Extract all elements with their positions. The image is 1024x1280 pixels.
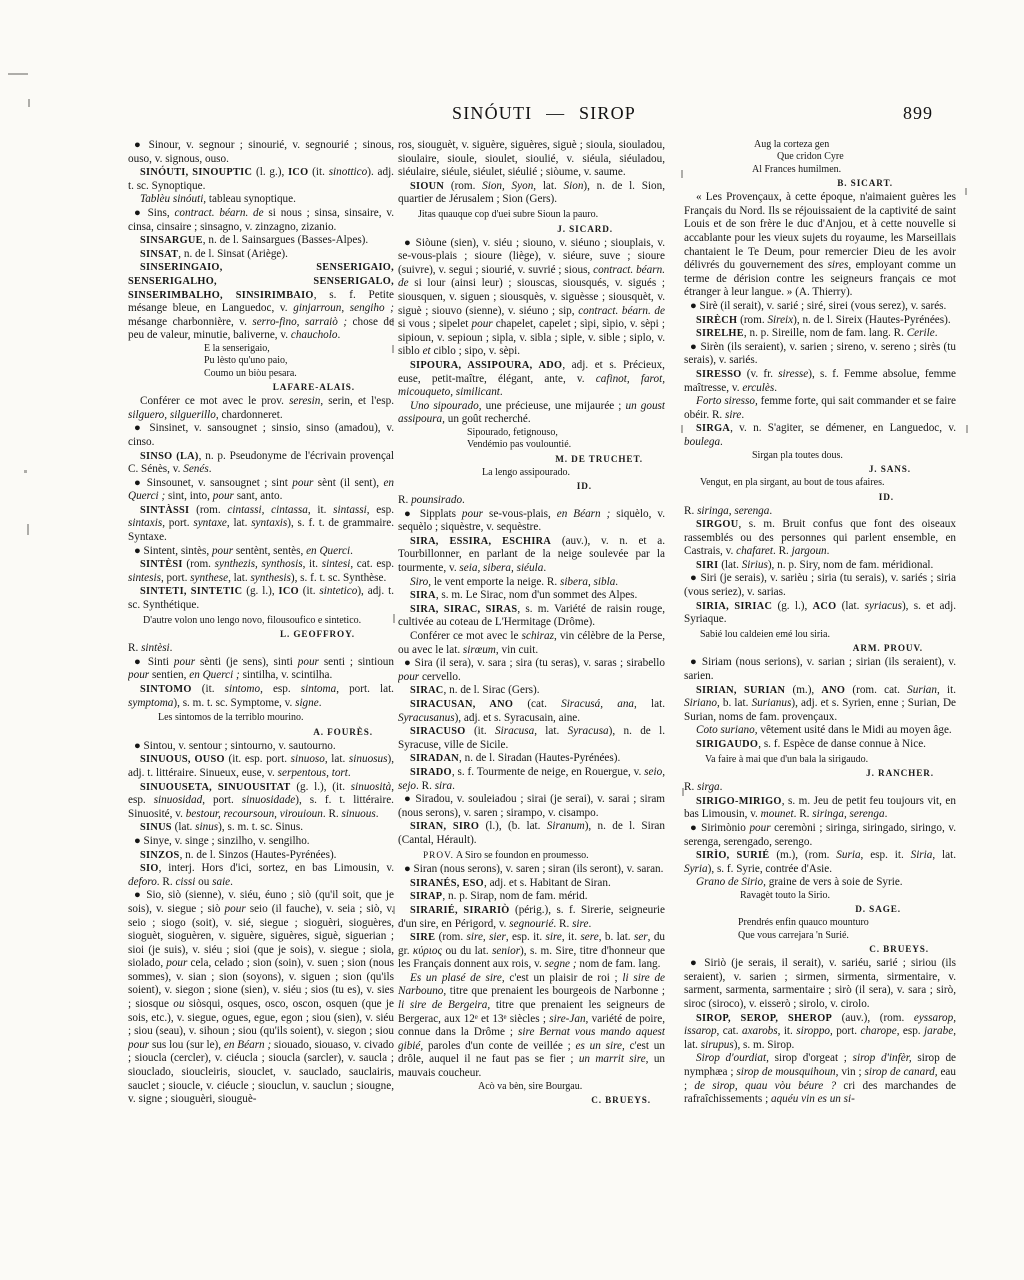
text-run: ), n. de l. Sireix (Hautes-Pyrénées). [793, 314, 951, 326]
dictionary-entry: SIRIA, SIRIAC (g. l.), ACO (lat. syriacu… [684, 600, 956, 627]
text-run: une précieuse, une mijaurée ; [482, 400, 626, 412]
text-run: paroles d'un conte de veillée ; [423, 1040, 575, 1052]
text-run: tableau synoptique. [206, 193, 296, 205]
text-run: pour [225, 903, 246, 915]
text-run: SINTOMO [140, 684, 192, 695]
text-run: SIROP, SEROP, SHEROP [696, 1013, 832, 1024]
scan-artifact-dash [8, 73, 28, 75]
text-run: (m.), [785, 684, 821, 696]
text-run: charope [860, 1025, 896, 1037]
text-run: (rom. [189, 504, 227, 516]
text-run: synthezis, synthosis [215, 558, 303, 570]
text-run: . R. [416, 780, 435, 792]
dictionary-entry: SIRARIÉ, SIRARIÒ (périg.), s. f. Sirerie… [398, 904, 665, 931]
dictionary-entry: SINSO (LA), n. p. Pseudonyme de l'écriva… [128, 450, 394, 477]
text-run: sentien, [149, 669, 189, 681]
text-run: mounet [761, 808, 794, 820]
quote-line: Va faire à mai que d'un bala la sirigaud… [684, 754, 956, 767]
cross-reference-paragraph: ● Siran (nous serons), v. saren ; siran … [398, 863, 665, 877]
dictionary-entry: SINUS (lat. sinus), s. m. t. sc. Sinus. [128, 821, 394, 835]
text-run: ● Sirèn (ils seraient), v. sarien ; sire… [684, 341, 956, 367]
text-run: , n. de l. Sainsargues (Basses-Alpes). [203, 234, 368, 246]
text-run: sènt (il sent), [313, 477, 383, 489]
text-run: sibera, sibla [560, 576, 615, 588]
text-run: sinuosidad [154, 794, 203, 806]
text-run: Senés [183, 463, 208, 475]
text-run: erculès [742, 382, 774, 394]
text-run: signe [295, 697, 319, 709]
column-3: Aug la corteza genQue cridon CyreAl Fran… [684, 139, 956, 1251]
text-run: Sireix [767, 314, 793, 326]
text-run: , port. [161, 572, 190, 584]
text-run: , n. de l. Sinzos (Hautes-Pyrénées). [180, 849, 337, 861]
text-run: ● Sintou, v. sentour ; sintourno, v. sau… [134, 740, 336, 752]
text-run: Sabié lou caldeien emé lou siria. [700, 629, 830, 640]
text-run: pour [298, 656, 319, 668]
text-run: . [319, 697, 322, 709]
text-run: . [741, 409, 744, 421]
text-run: sentènt, sentès, [233, 545, 306, 557]
text-run: pour [462, 508, 483, 520]
text-run: . [588, 918, 591, 930]
text-run: SIRACUSAN, ANO [410, 699, 513, 710]
text-run: , b. lat. [599, 931, 634, 943]
text-run: SIRI [696, 560, 718, 571]
text-run: , cat. esp. [350, 558, 394, 570]
text-run: Sirop d'ourdiat, [696, 1052, 769, 1064]
text-run: , esp. it. [506, 931, 546, 943]
dictionary-entry: SIO, interj. Hors d'ici, sortez, en bas … [128, 862, 394, 889]
text-run: SIRÌO, SURIÉ [696, 850, 769, 861]
text-run: , cat. [717, 1025, 742, 1037]
commentary-paragraph: Sirop d'ourdiat, sirop d'orgeat ; sirop … [684, 1052, 956, 1106]
text-run: (g. l.), (it. [291, 781, 351, 793]
text-run: un goût recherché. [445, 413, 531, 425]
dictionary-entry: SIPOURA, ASSIPOURA, ADO, adj. et s. Préc… [398, 359, 665, 400]
scan-artifact-tick [966, 425, 968, 433]
text-run: , esp. [367, 504, 394, 516]
text-run: pour [166, 957, 187, 969]
text-run: symptoma [128, 697, 173, 709]
text-run: senior [492, 945, 520, 957]
text-run: ● Sintent, sintès, [134, 545, 212, 557]
text-run: ● Siriò (je serais, il serait), v. sarié… [684, 957, 956, 1010]
text-run: chaucholo [291, 329, 338, 341]
commentary-paragraph: R. pounsirado. [398, 494, 665, 508]
text-run: SIRARIÉ, SIRARIÒ [410, 905, 510, 916]
text-run: (rom. cat. [845, 684, 907, 696]
text-run: ros, siouguèt, v. siguère, siguères, sig… [398, 139, 665, 178]
text-run: ), s. m. t. sc. Sinus. [218, 821, 303, 833]
verse-line: Acò va bèn, sire Bourgau. [398, 1081, 665, 1093]
text-run: Sirius [742, 559, 768, 571]
text-run: seresin [289, 395, 320, 407]
text-run: , s. m. Le Sirac, nom d'un sommet des Al… [436, 589, 638, 601]
text-run: sintaxis [128, 517, 162, 529]
text-run: sintomo [225, 683, 260, 695]
text-run: en Querci ; [189, 669, 240, 681]
text-run: , it. [303, 558, 322, 570]
text-run: (it. [466, 725, 495, 737]
text-run: contract. béarn. de [174, 207, 263, 219]
text-run: Conférer ce mot avec le [410, 630, 522, 642]
text-run: ● Sins, [134, 207, 174, 219]
text-run: R. [398, 494, 411, 506]
text-run: SIO [140, 863, 159, 874]
commentary-paragraph: « Les Provençaux, à cette époque, n'aima… [684, 191, 956, 300]
quote-line: Vengut, en pla sirgant, au bout de tous … [684, 477, 956, 490]
text-run: . [350, 545, 353, 557]
dictionary-entry: SIRIGAUDO, s. f. Espèce de danse connue … [684, 738, 956, 752]
text-run: . [543, 562, 546, 574]
attribution: J. SANS. [684, 463, 956, 475]
text-run: sirupus [701, 1039, 734, 1051]
text-run: vin ; [838, 1066, 864, 1078]
text-run: Va faire à mai que d'un bala la sirigaud… [705, 754, 868, 765]
verse-line: Que vous carrejara 'n Surié. [684, 930, 956, 942]
text-run: (it. [192, 683, 225, 695]
text-run: SIRANÉS, ESO [410, 878, 484, 889]
cross-reference-paragraph: ● Sipplats pour se-vous-plais, en Béarn … [398, 508, 665, 535]
text-run: seia, sibera, siéula [459, 562, 543, 574]
text-run: sènti (je sens), sinti [195, 656, 298, 668]
text-run: en Querci [306, 545, 350, 557]
text-run: (auv.), (rom. [832, 1012, 914, 1024]
scan-artifact-tick [27, 524, 29, 535]
text-run: Siria [911, 849, 933, 861]
text-run: jarabe [924, 1025, 953, 1037]
scan-artifact-tick [965, 188, 967, 195]
scan-artifact-tick [28, 99, 30, 107]
cross-reference-paragraph: ● Sirèn (ils seraient), v. sarien ; sire… [684, 341, 956, 368]
text-run: Es un plasé de sire, [410, 972, 505, 984]
text-run: sire-Jan, [549, 1013, 588, 1025]
text-run: ICO [288, 167, 308, 178]
text-run: pour [128, 669, 149, 681]
text-run: SINUOUS, OUSO [140, 754, 225, 765]
text-run: pour [398, 671, 419, 683]
text-run: sinus [195, 821, 218, 833]
text-run: SINÓUTI, SINOUPTIC [140, 167, 252, 178]
dictionary-entry: SIRESSO (v. fr. siresse), s. f. Femme ab… [684, 368, 956, 395]
text-run: , lat. [228, 572, 250, 584]
text-run: Grano de Sirio, [696, 876, 766, 888]
text-run: PROV. [423, 851, 454, 861]
attribution: L. GEOFFROY. [128, 628, 394, 640]
text-run: cervello. [419, 671, 461, 683]
text-run: ou [195, 876, 212, 888]
text-run: ou du lat. [442, 945, 492, 957]
cross-reference-paragraph: ● Sins, contract. béarn. de si nous ; si… [128, 207, 394, 234]
text-run: sinuosità [351, 781, 391, 793]
text-run: . [170, 642, 173, 654]
text-run: , chardonneret. [216, 409, 283, 421]
text-run: ), adj. et s. Syracusain, aine. [455, 712, 581, 724]
text-run: SINTÀSSI [140, 505, 189, 516]
text-run: R. [684, 505, 697, 517]
text-run: , s. f. Tourmente de neige, en Rouergue,… [452, 766, 644, 778]
commentary-paragraph: Siro, le vent emporte la neige. R. siber… [398, 576, 665, 590]
text-run: titre que prenaient les bourgeois de Nar… [446, 985, 665, 997]
text-run: . [769, 505, 772, 517]
column-2: ros, siouguèt, v. siguère, siguères, sig… [398, 139, 665, 1251]
text-run: sira [435, 780, 452, 792]
text-run: , vin cuit. [496, 644, 538, 656]
text-run: sintoma [301, 683, 336, 695]
verse-line: Aug la corteza gen [684, 139, 956, 151]
text-run: Forto siresso, [696, 395, 758, 407]
text-run: , esp. [260, 683, 301, 695]
text-run: Tablèu sinóuti, [140, 193, 206, 205]
text-run: SIRA [410, 590, 436, 601]
text-run: (lat. [836, 600, 864, 612]
text-run: SIRE [410, 932, 435, 943]
text-run: ), s. m. t. sc. Symptome, v. [173, 697, 295, 709]
text-run: SIRGA [696, 423, 730, 434]
dictionary-entry: SIRÈCH (rom. Sireix), n. de l. Sireix (H… [684, 314, 956, 328]
text-run: (it. [299, 585, 320, 597]
text-run: SINUS [140, 822, 172, 833]
text-run: . [452, 780, 455, 792]
verse-line: La lengo assipourado. [398, 467, 665, 479]
scan-artifact-tick [682, 788, 684, 796]
text-run: ser [634, 931, 648, 943]
dictionary-entry: SINZOS, n. de l. Sinzos (Hautes-Pyrénées… [128, 849, 394, 863]
dictionary-entry: SIRAP, n. p. Sirap, nom de fam. mérid. [398, 890, 665, 904]
text-run: siroppo [796, 1025, 830, 1037]
dictionary-entry: SINSARGUE, n. de l. Sainsargues (Basses-… [128, 234, 394, 248]
text-run: . [348, 767, 351, 779]
cross-reference-paragraph: ● Sintou, v. sentour ; sintourno, v. sau… [128, 740, 394, 754]
text-run: ● Sinye, v. singe ; sinzilho, v. sengilh… [134, 835, 310, 847]
text-run: boulega [684, 436, 720, 448]
text-run: SIRÈCH [696, 315, 737, 326]
text-run: . R. [794, 808, 813, 820]
text-run: , serin, et l'esp. [320, 395, 394, 407]
text-run: (rom. [737, 314, 767, 326]
text-run: ● Sinti [134, 656, 174, 668]
text-run: (lat. [172, 821, 195, 833]
text-run: SINZOS [140, 850, 180, 861]
cross-reference-paragraph: ● Sirimònio pour ceremòni ; siringa, sir… [684, 822, 956, 849]
dictionary-entry: SIRGA, v. n. S'agiter, se démener, en La… [684, 422, 956, 449]
text-run: sere [580, 931, 598, 943]
text-run: (it. esp. port. [225, 753, 291, 765]
text-run: ● Sira (il sera), v. sara ; sira (tu ser… [404, 657, 665, 669]
text-run: ● Sirè (il serait), v. sarié ; siré, sir… [690, 300, 946, 312]
text-run: Syracusa [568, 725, 609, 737]
text-run: , esp. it. [861, 849, 911, 861]
text-run: (rom. [435, 931, 466, 943]
dictionary-entry: SIRACUSO (it. Siracusa, lat. Syracusa), … [398, 725, 665, 752]
attribution: ID. [398, 480, 665, 492]
commentary-paragraph: ros, siouguèt, v. siguère, siguères, sig… [398, 139, 665, 180]
text-run: et [423, 345, 431, 357]
text-run: . [720, 436, 723, 448]
text-run: siresse [778, 368, 808, 380]
scan-artifact-tick [393, 906, 395, 914]
text-run: silguero, silguerillo [128, 409, 216, 421]
dictionary-entry: SIRADO, s. f. Tourmente de neige, en Rou… [398, 766, 665, 793]
text-run: SIRADO [410, 767, 452, 778]
text-run: Surianus [752, 697, 792, 709]
text-run: ICO [279, 586, 299, 597]
text-run: sinuoso [291, 753, 325, 765]
text-run: , it. [308, 504, 333, 516]
text-run: sinottico [329, 166, 368, 178]
verse-line: Ravagèt touto la Sirio. [684, 890, 956, 902]
scan-artifact-tick [393, 614, 395, 623]
text-run: , n. p. Sireille, nom de fam. lang. R. [744, 327, 907, 339]
text-run: , esp. [897, 1025, 924, 1037]
text-run: , s. f. Espèce de danse connue à Nice. [758, 738, 926, 750]
text-run: Uno sipourado, [410, 400, 482, 412]
text-run: sirop de canard, [865, 1066, 938, 1078]
attribution: A. FOURÈS. [128, 726, 394, 738]
text-run: jargoun [792, 545, 827, 557]
commentary-paragraph: R. sirga. [684, 781, 956, 795]
text-run: , lat. [932, 849, 956, 861]
text-run: ● Sinour, v. segnour ; sinourié, v. segn… [128, 139, 394, 165]
text-run: sinuosidade [242, 794, 295, 806]
text-run: sire [572, 918, 588, 930]
verse-line: E la senserigaio, [128, 343, 394, 355]
text-run: synthese [190, 572, 228, 584]
text-run: (m.), (rom. [769, 849, 836, 861]
text-run: syntaxe [193, 517, 227, 529]
text-run: sirop de mousquihoun, [736, 1066, 838, 1078]
page-number: 899 [903, 103, 933, 124]
text-run: , n. de l. Sirac (Gers). [444, 684, 540, 696]
text-run: . R. [773, 545, 792, 557]
page-title: SINÓUTI — SIROP [128, 103, 960, 124]
text-run: ● Siriam (nous serions), v. sarian ; sir… [684, 656, 956, 682]
text-run: Siracusá, ana [561, 698, 634, 710]
text-run: sirop d'orgeat ; [769, 1052, 853, 1064]
text-run: SIRADAN [410, 753, 459, 764]
text-run: pour [472, 318, 493, 330]
text-run: si vous ; sipelet [398, 318, 472, 330]
text-run: κύριος [413, 945, 442, 957]
text-run: sintèsi [141, 642, 170, 654]
text-run: sinuous [342, 808, 376, 820]
text-run: Sion [564, 180, 584, 192]
attribution: D. SAGE. [684, 903, 956, 915]
text-run: SIRESSO [696, 369, 742, 380]
text-run: SIRIA, SIRIAC [696, 601, 772, 612]
text-run: schiraz [522, 630, 554, 642]
scan-artifact-dot [24, 470, 27, 473]
text-run: bestour, recoursoun, virouioun [186, 808, 323, 820]
text-run: sirop d'infèr, [853, 1052, 912, 1064]
text-run: (rom. [444, 180, 482, 192]
text-run: ACO [813, 601, 837, 612]
dictionary-entry: SINUOUS, OUSO (it. esp. port. sinuoso, l… [128, 753, 394, 780]
cross-reference-paragraph: ● Sira (il sera), v. sara ; sira (tu ser… [398, 657, 665, 684]
dictionary-entry: SIRÌO, SURIÉ (m.), (rom. Suria, esp. it.… [684, 849, 956, 876]
commentary-paragraph: Es un plasé de sire, c'est un plaisir de… [398, 972, 665, 1081]
text-run: sintesis [128, 572, 161, 584]
text-run: D'autre volon uno lengo novo, filousoufi… [143, 615, 361, 626]
quote-line: D'autre volon uno lengo novo, filousoufi… [128, 615, 394, 628]
cross-reference-paragraph: ● Sinsounet, v. sansougnet ; sint pour s… [128, 477, 394, 504]
cross-reference-paragraph: ● Siriò (je serais, il serait), v. sarié… [684, 957, 956, 1011]
text-run: Les sintomos de la terriblo mourino. [158, 712, 304, 723]
text-run: SIRGOU [696, 519, 738, 530]
text-run: ou [173, 998, 184, 1010]
verse-line: Sipourado, fetignouso, [398, 427, 665, 439]
text-run: Coto suriano, [696, 724, 758, 736]
commentary-paragraph: Conférer ce mot avec le schiraz, vin cél… [398, 630, 665, 657]
dictionary-entry: SINSAT, n. de l. Sinsat (Ariège). [128, 248, 394, 262]
attribution: J. SICARD. [398, 223, 665, 235]
text-run: pour [212, 545, 233, 557]
text-run: ciblo ; sipo, v. sèpi. [431, 345, 520, 357]
quote-line: Les sintomos de la terriblo mourino. [128, 712, 394, 725]
text-run: . [230, 876, 233, 888]
text-run: . R. [157, 876, 176, 888]
dictionary-entry: SINTÈSI (rom. synthezis, synthosis, it. … [128, 558, 394, 585]
text-run: nom de fam. lang. [577, 958, 661, 970]
cross-reference-paragraph: ● Sinti pour sènti (je sens), sinti pour… [128, 656, 394, 683]
scan-artifact-tick [681, 425, 683, 433]
text-run: sintilha, v. scintilha. [240, 669, 333, 681]
text-run: ), s. m. Sirop. [734, 1039, 795, 1051]
text-run: . [720, 781, 723, 793]
text-run: SIPOURA, ASSIPOURA, ADO [410, 360, 562, 371]
text-run: sirga [697, 781, 720, 793]
attribution: B. SICART. [684, 177, 956, 189]
dictionary-entry: SIRAC, n. de l. Sirac (Gers). [398, 684, 665, 698]
text-run: , lat. [634, 698, 665, 710]
text-run: Siranum [547, 820, 585, 832]
quote-line: Jitas quauque cop d'uei subre Sioun la p… [398, 209, 665, 222]
attribution: ARM. PROUV. [684, 642, 956, 654]
text-run: cissi [175, 876, 195, 888]
text-run: Surian [907, 684, 937, 696]
verse-line: Pu lèsto qu'uno paio, [128, 355, 394, 367]
cross-reference-paragraph: ● Sinour, v. segnour ; sinourié, v. segn… [128, 139, 394, 166]
text-run: ), s. f. Syrie, contrée d'Asie. [708, 863, 832, 875]
text-run: , n. p. Sirap, nom de fam. mérid. [442, 890, 587, 902]
text-run: pounsirado [411, 494, 462, 506]
text-run: ● Sirimònio [690, 822, 749, 834]
text-run: serpentous, tort [278, 767, 348, 779]
text-run: cintassi, cintassa [227, 504, 307, 516]
text-run: SINTÈSI [140, 559, 183, 570]
text-run: Siro, [410, 576, 431, 588]
verse-line: Coumo un biòu pesara. [128, 368, 394, 380]
cross-reference-paragraph: ● Siri (je serais), v. sarièu ; siria (t… [684, 572, 956, 599]
verse-line: Vendémio pas voulountié. [398, 439, 665, 451]
text-run: chafaret [736, 545, 773, 557]
text-run: sire, sier [467, 931, 506, 943]
attribution: C. BRUEYS. [398, 1094, 665, 1106]
quote-line: PROV. A Siro se foundon en proumesso. [398, 850, 665, 863]
text-run: Cerile [907, 327, 935, 339]
commentary-paragraph: R. sintèsi. [128, 642, 394, 656]
text-run: sinuosus [349, 753, 388, 765]
dictionary-entry: SINÓUTI, SINOUPTIC (l. g.), ICO (it. sin… [128, 166, 394, 193]
text-run: , lat. [325, 753, 349, 765]
quote-line: Sabié lou caldeien emé lou siria. [684, 629, 956, 642]
text-run: sintassi [333, 504, 367, 516]
dictionary-entry: SINTÀSSI (rom. cintassi, cintassa, it. s… [128, 504, 394, 545]
scanned-dictionary-page: SINÓUTI — SIROP 899 ● Sinour, v. segnour… [0, 0, 1024, 1280]
text-run: SIRAC [410, 685, 444, 696]
text-run: Conférer ce mot avec le prov. [140, 395, 289, 407]
dictionary-entry: SIRELHE, n. p. Sireille, nom de fam. lan… [684, 327, 956, 341]
